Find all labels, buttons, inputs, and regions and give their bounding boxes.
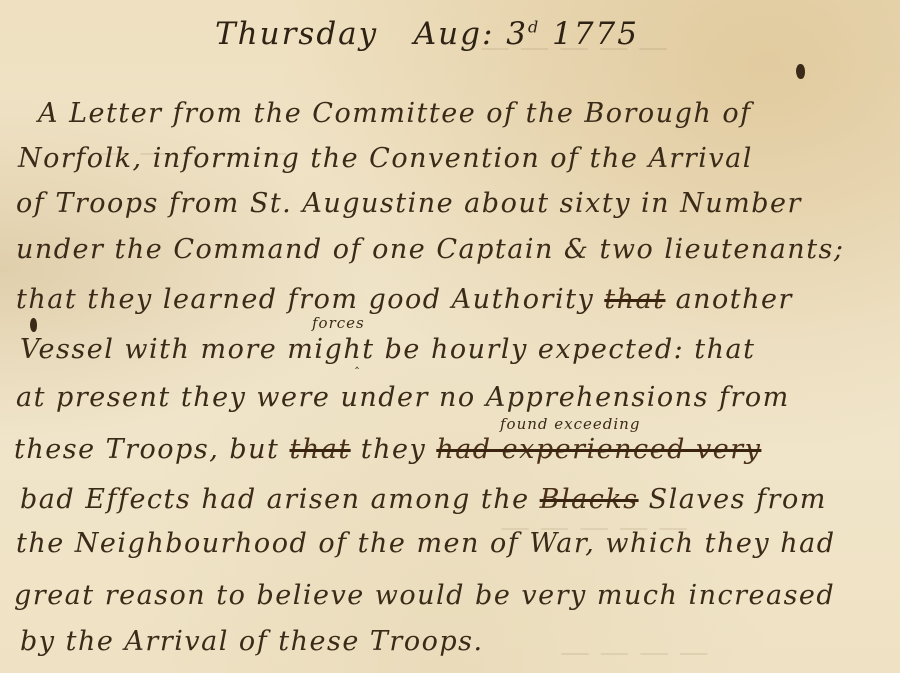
- manuscript-line-4: under the Command of one Captain & two l…: [16, 236, 845, 263]
- heading-date-suffix: d: [528, 18, 540, 37]
- manuscript-line-3: of Troops from St. Augustine about sixty…: [16, 190, 802, 217]
- manuscript-line-6: Vessel with more might be hourly expecte…: [20, 336, 755, 363]
- line-6-text: Vessel with more: [20, 334, 277, 365]
- struck-word: that: [604, 284, 665, 315]
- manuscript-line-7: at present they were under no Apprehensi…: [16, 384, 790, 411]
- manuscript-line-11: great reason to believe would be very mu…: [14, 582, 835, 609]
- line-6-text-end: might be hourly expected: that: [277, 334, 755, 365]
- line-8-text-mid: they: [351, 434, 437, 465]
- heading-year: 1775: [552, 16, 639, 52]
- ink-blot: [30, 318, 37, 332]
- manuscript-line-9: bad Effects had arisen among the Blacks …: [20, 486, 827, 513]
- line-5-text-end: another: [665, 284, 792, 315]
- struck-word: that: [289, 434, 350, 465]
- manuscript-line-8: these Troops, but that they had experien…: [14, 436, 761, 463]
- heading-month: Aug:: [414, 16, 495, 52]
- bleed-through-text: — — — —: [560, 635, 709, 670]
- manuscript-line-10: the Neighbourhood of the men of War, whi…: [16, 530, 836, 557]
- insertion-forces: forces: [312, 314, 365, 332]
- line-9-text-end: Slaves from: [639, 484, 827, 515]
- heading-day: Thursday: [215, 16, 378, 52]
- manuscript-line-1: A Letter from the Committee of the Borou…: [38, 100, 752, 127]
- insertion-found-exceeding: found exceeding: [500, 415, 640, 433]
- struck-word: Blacks: [540, 484, 639, 515]
- document-heading: Thursday Aug: 3d 1775: [215, 16, 639, 52]
- manuscript-line-12: by the Arrival of these Troops.: [20, 628, 484, 655]
- line-9-text: bad Effects had arisen among the: [20, 484, 540, 515]
- ink-blot: [796, 64, 805, 79]
- line-5-text: that they learned from good Authority: [16, 284, 604, 315]
- heading-date: 3: [506, 16, 528, 52]
- struck-phrase: had experienced very: [436, 434, 761, 465]
- manuscript-line-5: that they learned from good Authority th…: [16, 286, 793, 313]
- manuscript-page: — — — — — — — — — — — — — — — — — — — — …: [0, 0, 900, 673]
- manuscript-line-2: Norfolk, informing the Convention of the…: [18, 145, 753, 172]
- line-8-text: these Troops, but: [14, 434, 289, 465]
